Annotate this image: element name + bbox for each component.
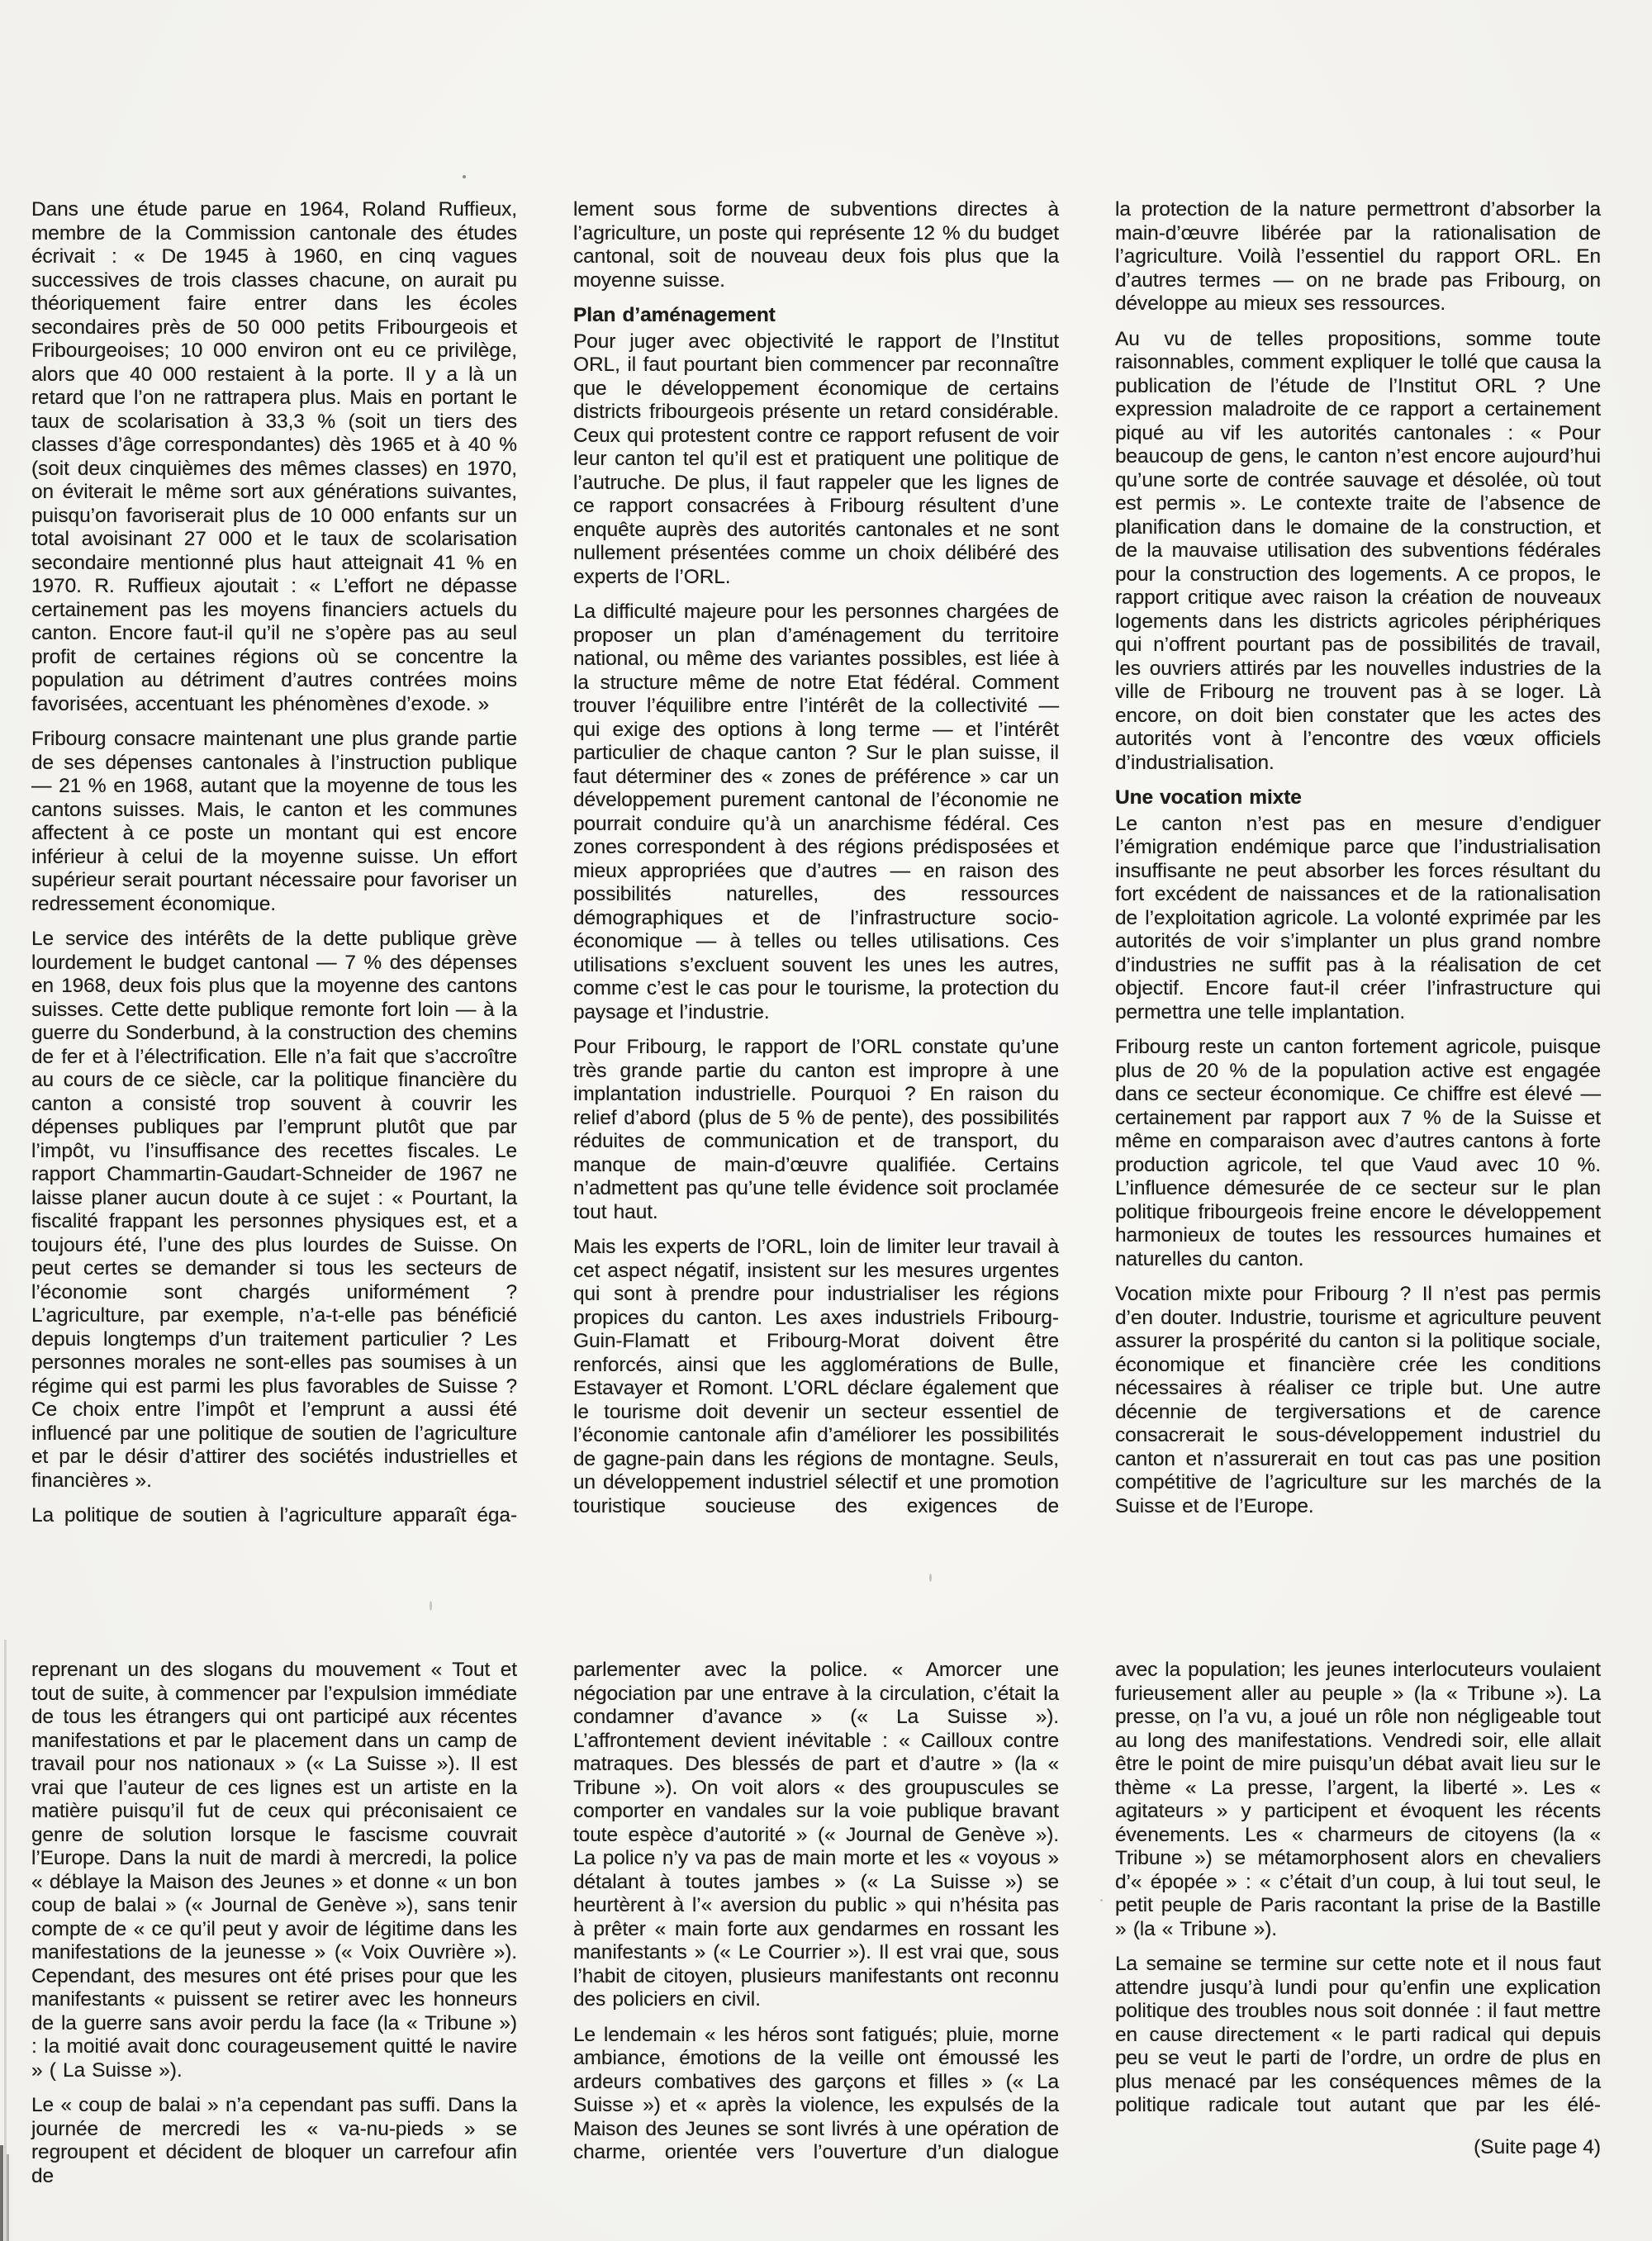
- paragraph: La difficulté majeure pour les personnes…: [573, 601, 1059, 1024]
- continuation-note: (Suite page 4): [1115, 2136, 1601, 2160]
- text-column-3: la protection de la nature permettront d…: [1115, 198, 1601, 1540]
- scan-speck: [430, 1601, 432, 1611]
- scan-edge-line-dark: [7, 2154, 9, 2241]
- article-top: Dans une étude parue en 1964, Roland Ruf…: [31, 198, 1601, 1540]
- paragraph: Dans une étude parue en 1964, Roland Ruf…: [31, 198, 517, 716]
- text-column-1: reprenant un des slogans du mouvement « …: [31, 1659, 517, 2200]
- paragraph: Le « coup de balai » n’a cependant pas s…: [31, 2094, 517, 2188]
- paragraph: La politique de soutien à l’agriculture …: [31, 1504, 517, 1528]
- paragraph: Pour Fribourg, le rapport de l’ORL const…: [573, 1036, 1059, 1224]
- scan-edge-line-dark: [0, 2145, 3, 2241]
- paragraph: lement sous forme de subventions directe…: [573, 198, 1059, 292]
- paragraph: Fribourg reste un canton fortement agric…: [1115, 1036, 1601, 1271]
- paragraph: Le canton n’est pas en mesure d’endiguer…: [1115, 813, 1601, 1025]
- text-column-2: lement sous forme de subventions directe…: [573, 198, 1059, 1540]
- scan-speck: [748, 968, 752, 972]
- paragraph: La semaine se termine sur cette note et …: [1115, 1953, 1601, 2118]
- newspaper-scan-page: { "page": { "background": "#f6f5f1", "in…: [0, 0, 1652, 2241]
- paragraph: reprenant un des slogans du mouvement « …: [31, 1659, 517, 2082]
- paragraph: la protection de la nature permettront d…: [1115, 198, 1601, 316]
- scan-speck: [463, 175, 466, 178]
- paragraph: Fribourg consacre maintenant une plus gr…: [31, 728, 517, 916]
- text-column-2: parlementer avec la police. « Amorcer un…: [573, 1659, 1059, 2200]
- scan-speck: [929, 1574, 932, 1582]
- paragraph: Vocation mixte pour Fribourg ? Il n’est …: [1115, 1283, 1601, 1518]
- section-subhead: Une vocation mixte: [1115, 786, 1601, 810]
- paragraph: Mais les experts de l’ORL, loin de limit…: [573, 1236, 1059, 1518]
- section-subhead: Plan d’aménagement: [573, 304, 1059, 328]
- paragraph: Pour juger avec objectivité le rapport d…: [573, 330, 1059, 590]
- scan-speck: [1196, 1723, 1199, 1726]
- paragraph: Le service des intérêts de la dette publ…: [31, 928, 517, 1493]
- paragraph: avec la population; les jeunes interlocu…: [1115, 1659, 1601, 1941]
- text-column-3: avec la population; les jeunes interlocu…: [1115, 1659, 1601, 2200]
- text-column-1: Dans une étude parue en 1964, Roland Ruf…: [31, 198, 517, 1540]
- scan-edge-line-faint: [4, 1640, 7, 2241]
- paragraph: parlementer avec la police. « Amorcer un…: [573, 1659, 1059, 2012]
- page-background: Dans une étude parue en 1964, Roland Ruf…: [0, 0, 1652, 2241]
- paragraph: Au vu de telles propositions, somme tout…: [1115, 328, 1601, 776]
- scan-speck: [1100, 1899, 1103, 1902]
- article-bottom: reprenant un des slogans du mouvement « …: [31, 1659, 1601, 2200]
- paragraph: Le lendemain « les héros sont fatigués; …: [573, 2024, 1059, 2165]
